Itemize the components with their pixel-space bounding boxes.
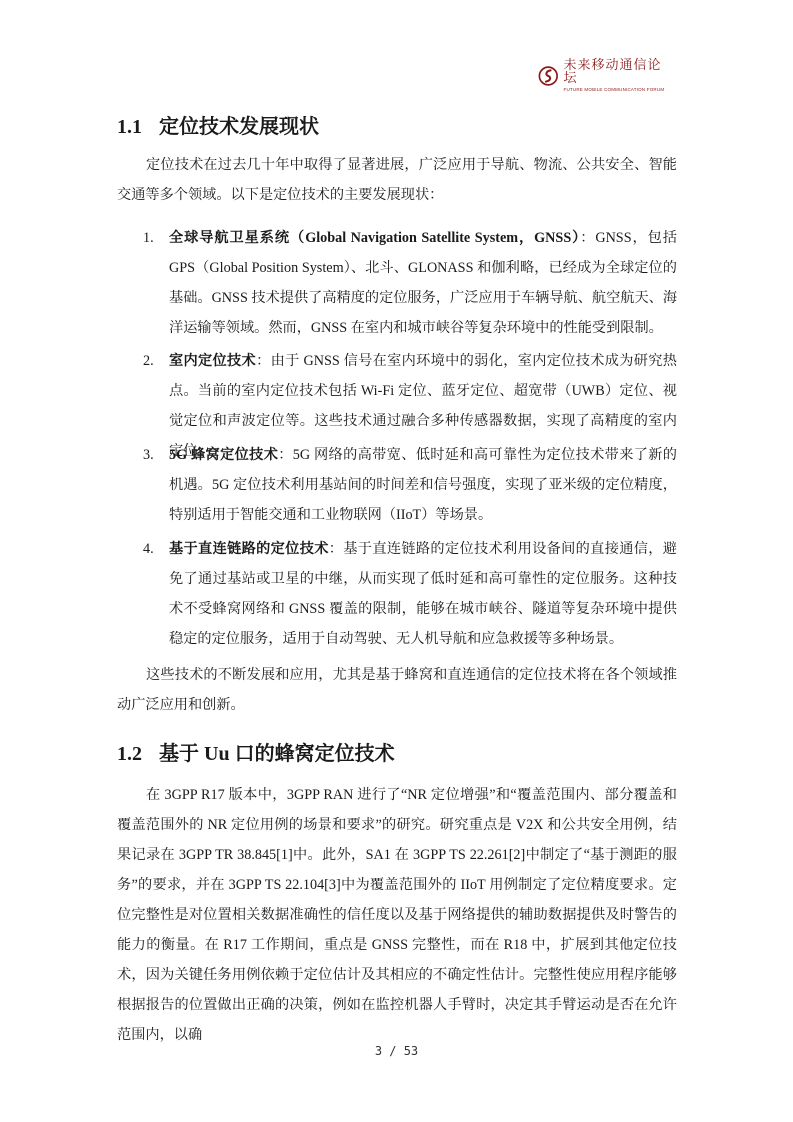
list-item-sidelink: 4. 基于直连链路的定位技术：基于直连链路的定位技术利用设备间的直接通信，避免了…: [143, 534, 677, 654]
section-heading-1-2: 1.2基于 Uu 口的蜂窝定位技术: [117, 737, 395, 766]
list-item-heading: 基于直连链路的定位技术: [169, 541, 329, 557]
list-marker: 4.: [143, 534, 154, 564]
section-number: 1.2: [117, 743, 159, 766]
forum-logo-icon: [538, 65, 559, 87]
section-title: 定位技术发展现状: [159, 116, 319, 138]
list-item-gnss: 1. 全球导航卫星系统（Global Navigation Satellite …: [143, 223, 677, 343]
section-heading-1-1: 1.1定位技术发展现状: [117, 110, 319, 139]
list-item-heading: 5G 蜂窝定位技术: [169, 447, 278, 463]
list-item-5g: 3. 5G 蜂窝定位技术：5G 网络的高带宽、低时延和高可靠性为定位技术带来了新…: [143, 440, 677, 530]
header-logo: 未来移动通信论坛 FUTURE MOBILE COMMUNICATION FOR…: [538, 62, 668, 90]
logo-chinese-text: 未来移动通信论坛: [564, 59, 668, 85]
intro-paragraph: 定位技术在过去几十年中取得了显著进展，广泛应用于导航、物流、公共安全、智能交通等…: [117, 150, 677, 210]
uu-body-paragraph: 在 3GPP R17 版本中，3GPP RAN 进行了“NR 定位增强”和“覆盖…: [117, 780, 677, 1050]
list-marker: 2.: [143, 346, 154, 376]
logo-english-text: FUTURE MOBILE COMMUNICATION FORUM: [564, 88, 668, 93]
list-item-heading: 全球导航卫星系统（Global Navigation Satellite Sys…: [169, 230, 580, 246]
section-number: 1.1: [117, 116, 159, 139]
list-marker: 1.: [143, 223, 154, 253]
page-number: 3 / 53: [0, 1044, 793, 1058]
list-item-heading: 室内定位技术: [169, 353, 256, 369]
list-marker: 3.: [143, 440, 154, 470]
section-title: 基于 Uu 口的蜂窝定位技术: [159, 743, 395, 765]
closing-paragraph: 这些技术的不断发展和应用，尤其是基于蜂窝和直连通信的定位技术将在各个领域推动广泛…: [117, 660, 677, 720]
